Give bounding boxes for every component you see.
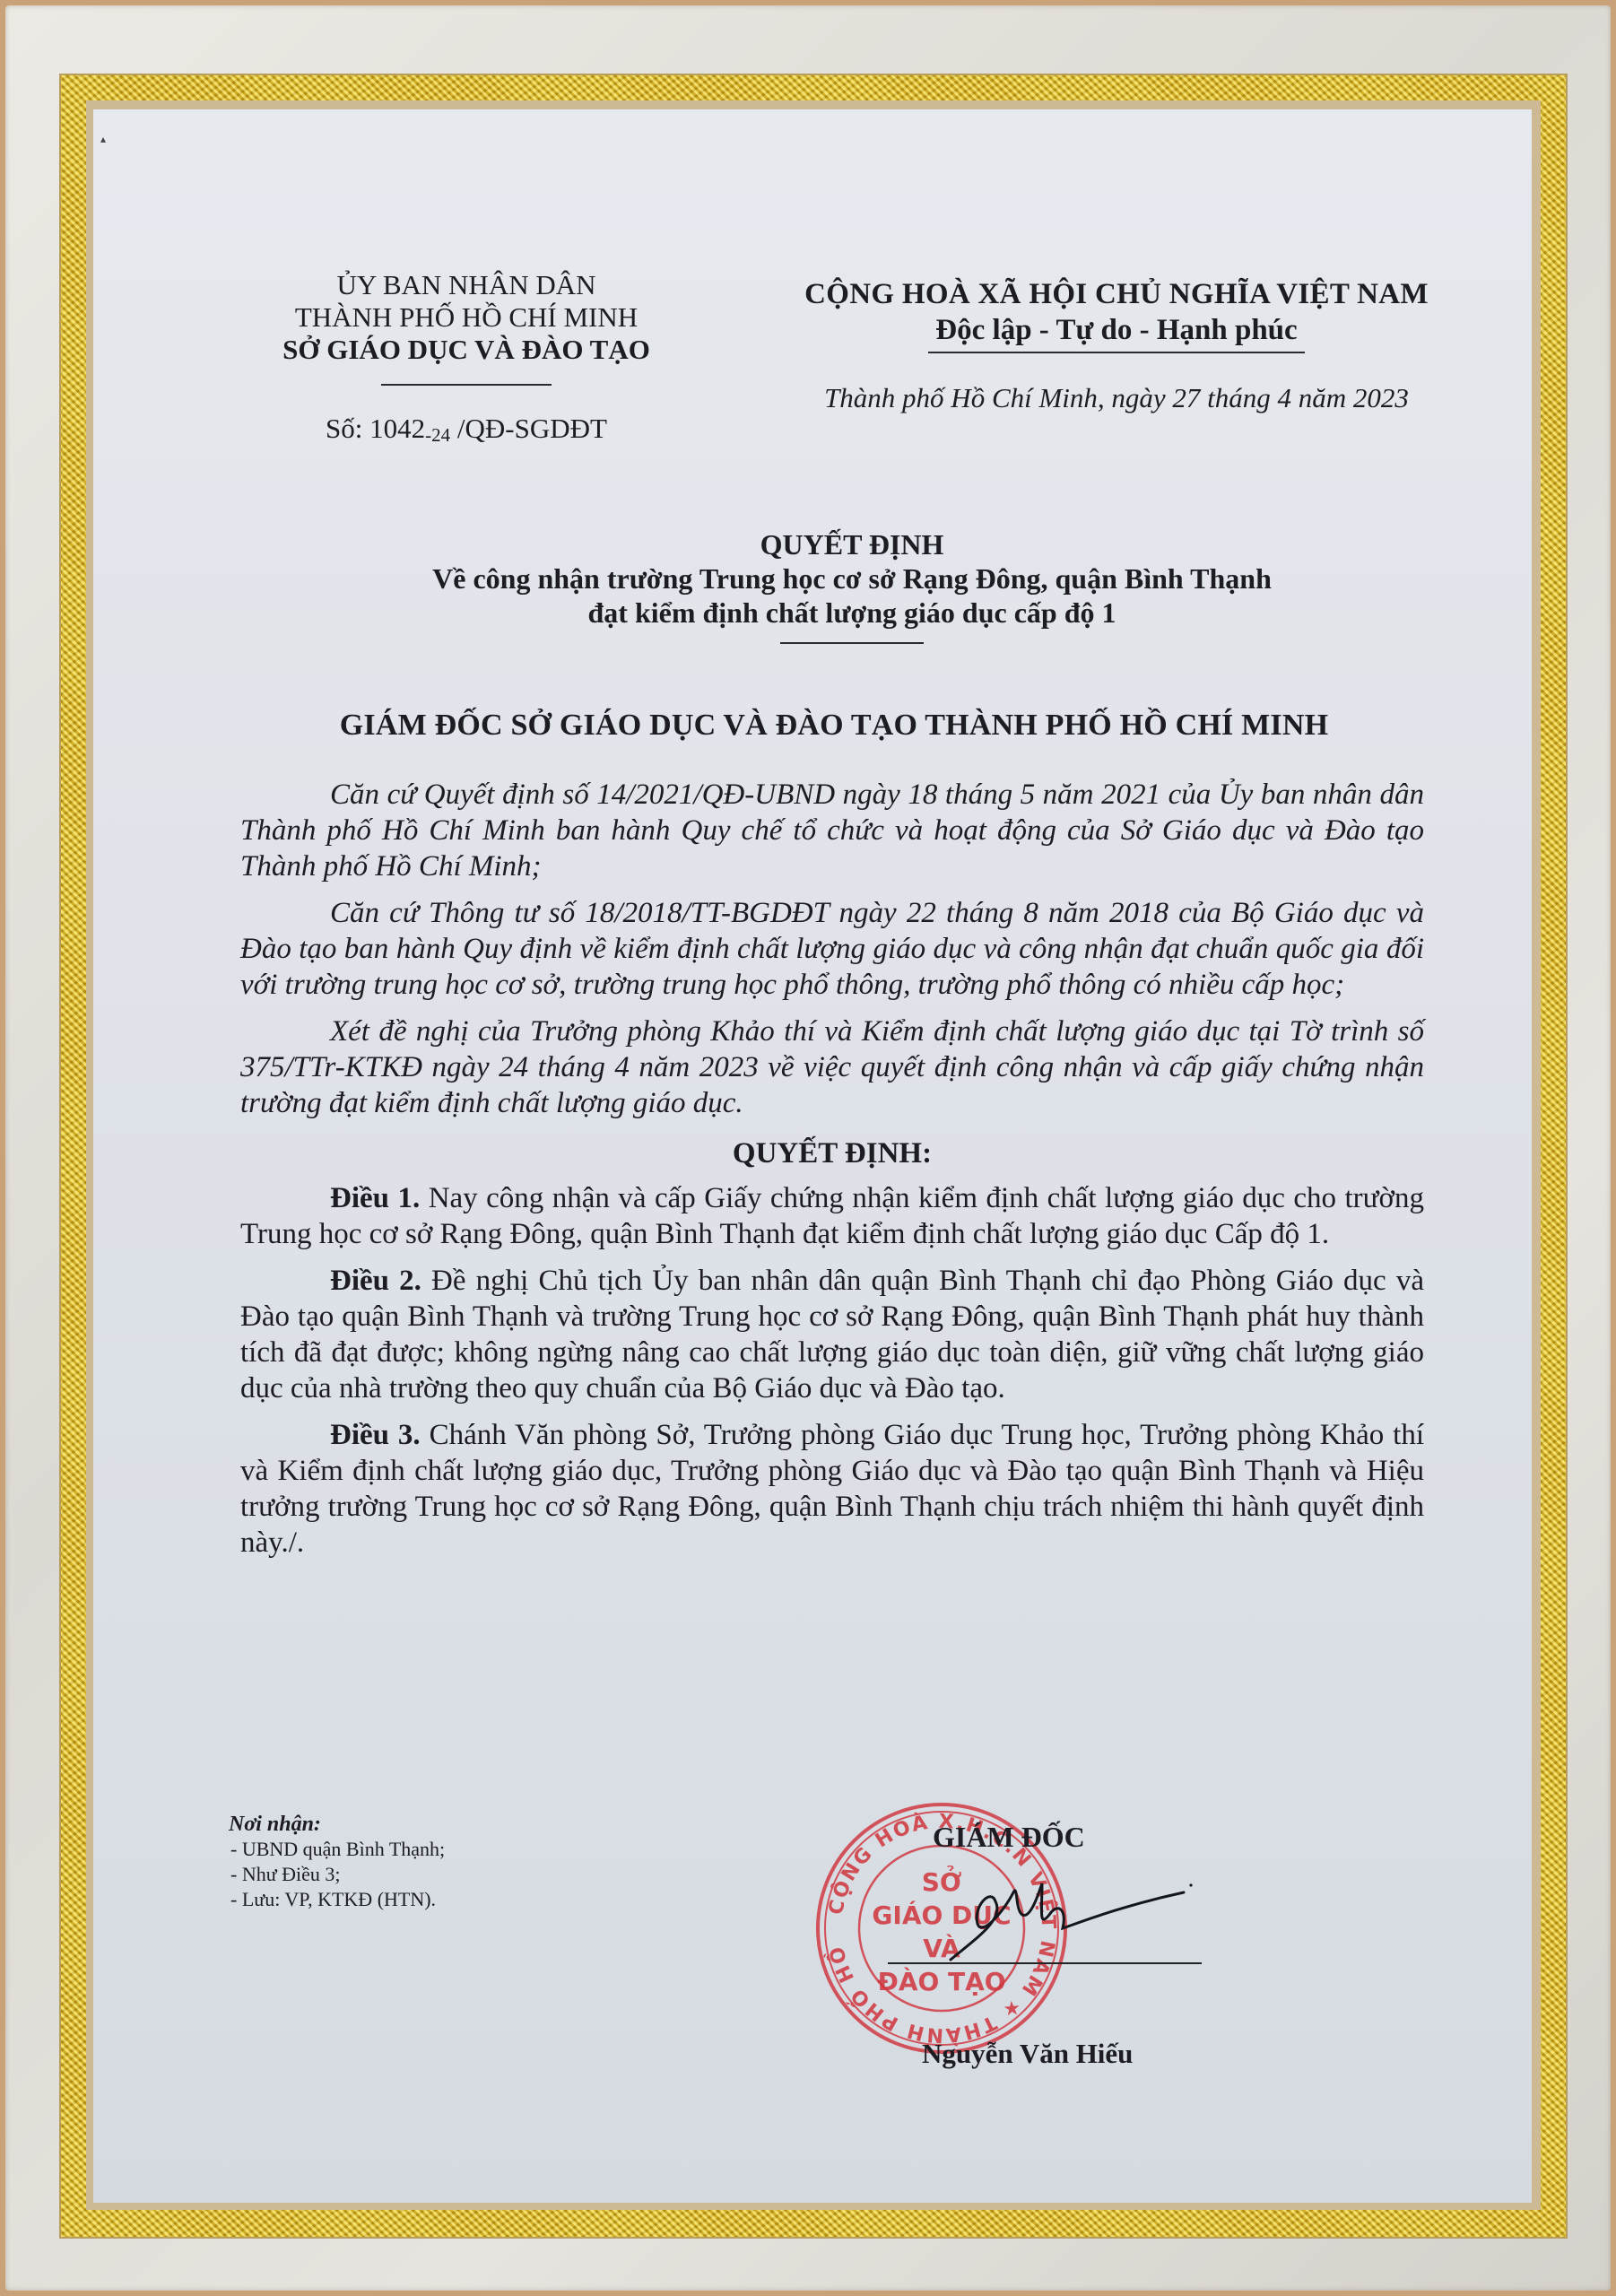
preamble-1: Căn cứ Quyết định số 14/2021/QĐ-UBND ngà… <box>240 777 1424 884</box>
signatory-title: GIÁM ĐỐC <box>933 1821 1085 1854</box>
number-suffix: /QĐ-SGDĐT <box>450 413 607 444</box>
authority-line-1: ỦY BAN NHÂN DÂN <box>233 269 699 301</box>
title-heading: QUYẾT ĐỊNH <box>269 527 1435 561</box>
recipient-item: - Như Điều 3; <box>229 1862 445 1887</box>
title-line-2: đạt kiểm định chất lượng giáo dục cấp độ… <box>269 596 1435 630</box>
document-number: Số: 1042-24 /QĐ-SGDĐT <box>233 413 699 451</box>
article-3: Điều 3. Chánh Văn phòng Sở, Trưởng phòng… <box>240 1417 1424 1561</box>
preamble-2: Căn cứ Thông tư số 18/2018/TT-BGDĐT ngày… <box>240 895 1424 1003</box>
motto-underline <box>928 352 1305 353</box>
document-body: Căn cứ Quyết định số 14/2021/QĐ-UBND ngà… <box>240 777 1424 1571</box>
national-title: CỘNG HOÀ XÃ HỘI CHỦ NGHĨA VIỆT NAM <box>762 276 1471 312</box>
document-date: Thành phố Hồ Chí Minh, ngày 27 tháng 4 n… <box>762 380 1471 416</box>
authority-line-2: THÀNH PHỐ HỒ CHÍ MINH <box>233 301 699 334</box>
national-motto: Độc lập - Tự do - Hạnh phúc <box>762 312 1471 348</box>
article-3-label: Điều 3. <box>330 1419 421 1451</box>
handwritten-signature-icon <box>942 1874 1202 1973</box>
article-1-label: Điều 1. <box>330 1182 420 1214</box>
director-heading: GIÁM ĐỐC SỞ GIÁO DỤC VÀ ĐÀO TẠO THÀNH PH… <box>233 709 1435 743</box>
signature-line <box>888 1962 1202 1964</box>
number-sub: -24 <box>425 424 450 446</box>
paper-speck: ▴ <box>100 133 106 146</box>
decision-heading: QUYẾT ĐỊNH: <box>240 1135 1424 1171</box>
article-1: Điều 1. Nay công nhận và cấp Giấy chứng … <box>240 1180 1424 1252</box>
national-header: CỘNG HOÀ XÃ HỘI CHỦ NGHĨA VIỆT NAM Độc l… <box>762 276 1471 416</box>
authority-department: SỞ GIÁO DỤC VÀ ĐÀO TẠO <box>233 334 699 366</box>
preamble-3: Xét đề nghị của Trưởng phòng Khảo thí và… <box>240 1013 1424 1121</box>
article-2-label: Điều 2. <box>330 1265 421 1297</box>
issuing-authority: ỦY BAN NHÂN DÂN THÀNH PHỐ HỒ CHÍ MINH SỞ… <box>233 269 699 451</box>
recipients-label: Nơi nhận: <box>229 1812 445 1837</box>
recipients-list: Nơi nhận: - UBND quận Bình Thạnh; - Như … <box>229 1812 445 1912</box>
signer-name: Nguyễn Văn Hiếu <box>922 2038 1133 2070</box>
title-line-1: Về công nhận trường Trung học cơ sở Rạng… <box>269 561 1435 596</box>
divider <box>381 384 552 386</box>
decision-title: QUYẾT ĐỊNH Về công nhận trường Trung học… <box>269 527 1435 644</box>
recipient-item: - UBND quận Bình Thạnh; <box>229 1837 445 1862</box>
article-2: Điều 2. Đề nghị Chủ tịch Ủy ban nhân dân… <box>240 1263 1424 1406</box>
number-prefix: Số: 1042 <box>326 413 425 444</box>
recipient-item: - Lưu: VP, KTKĐ (HTN). <box>229 1887 445 1912</box>
title-divider <box>780 642 924 644</box>
